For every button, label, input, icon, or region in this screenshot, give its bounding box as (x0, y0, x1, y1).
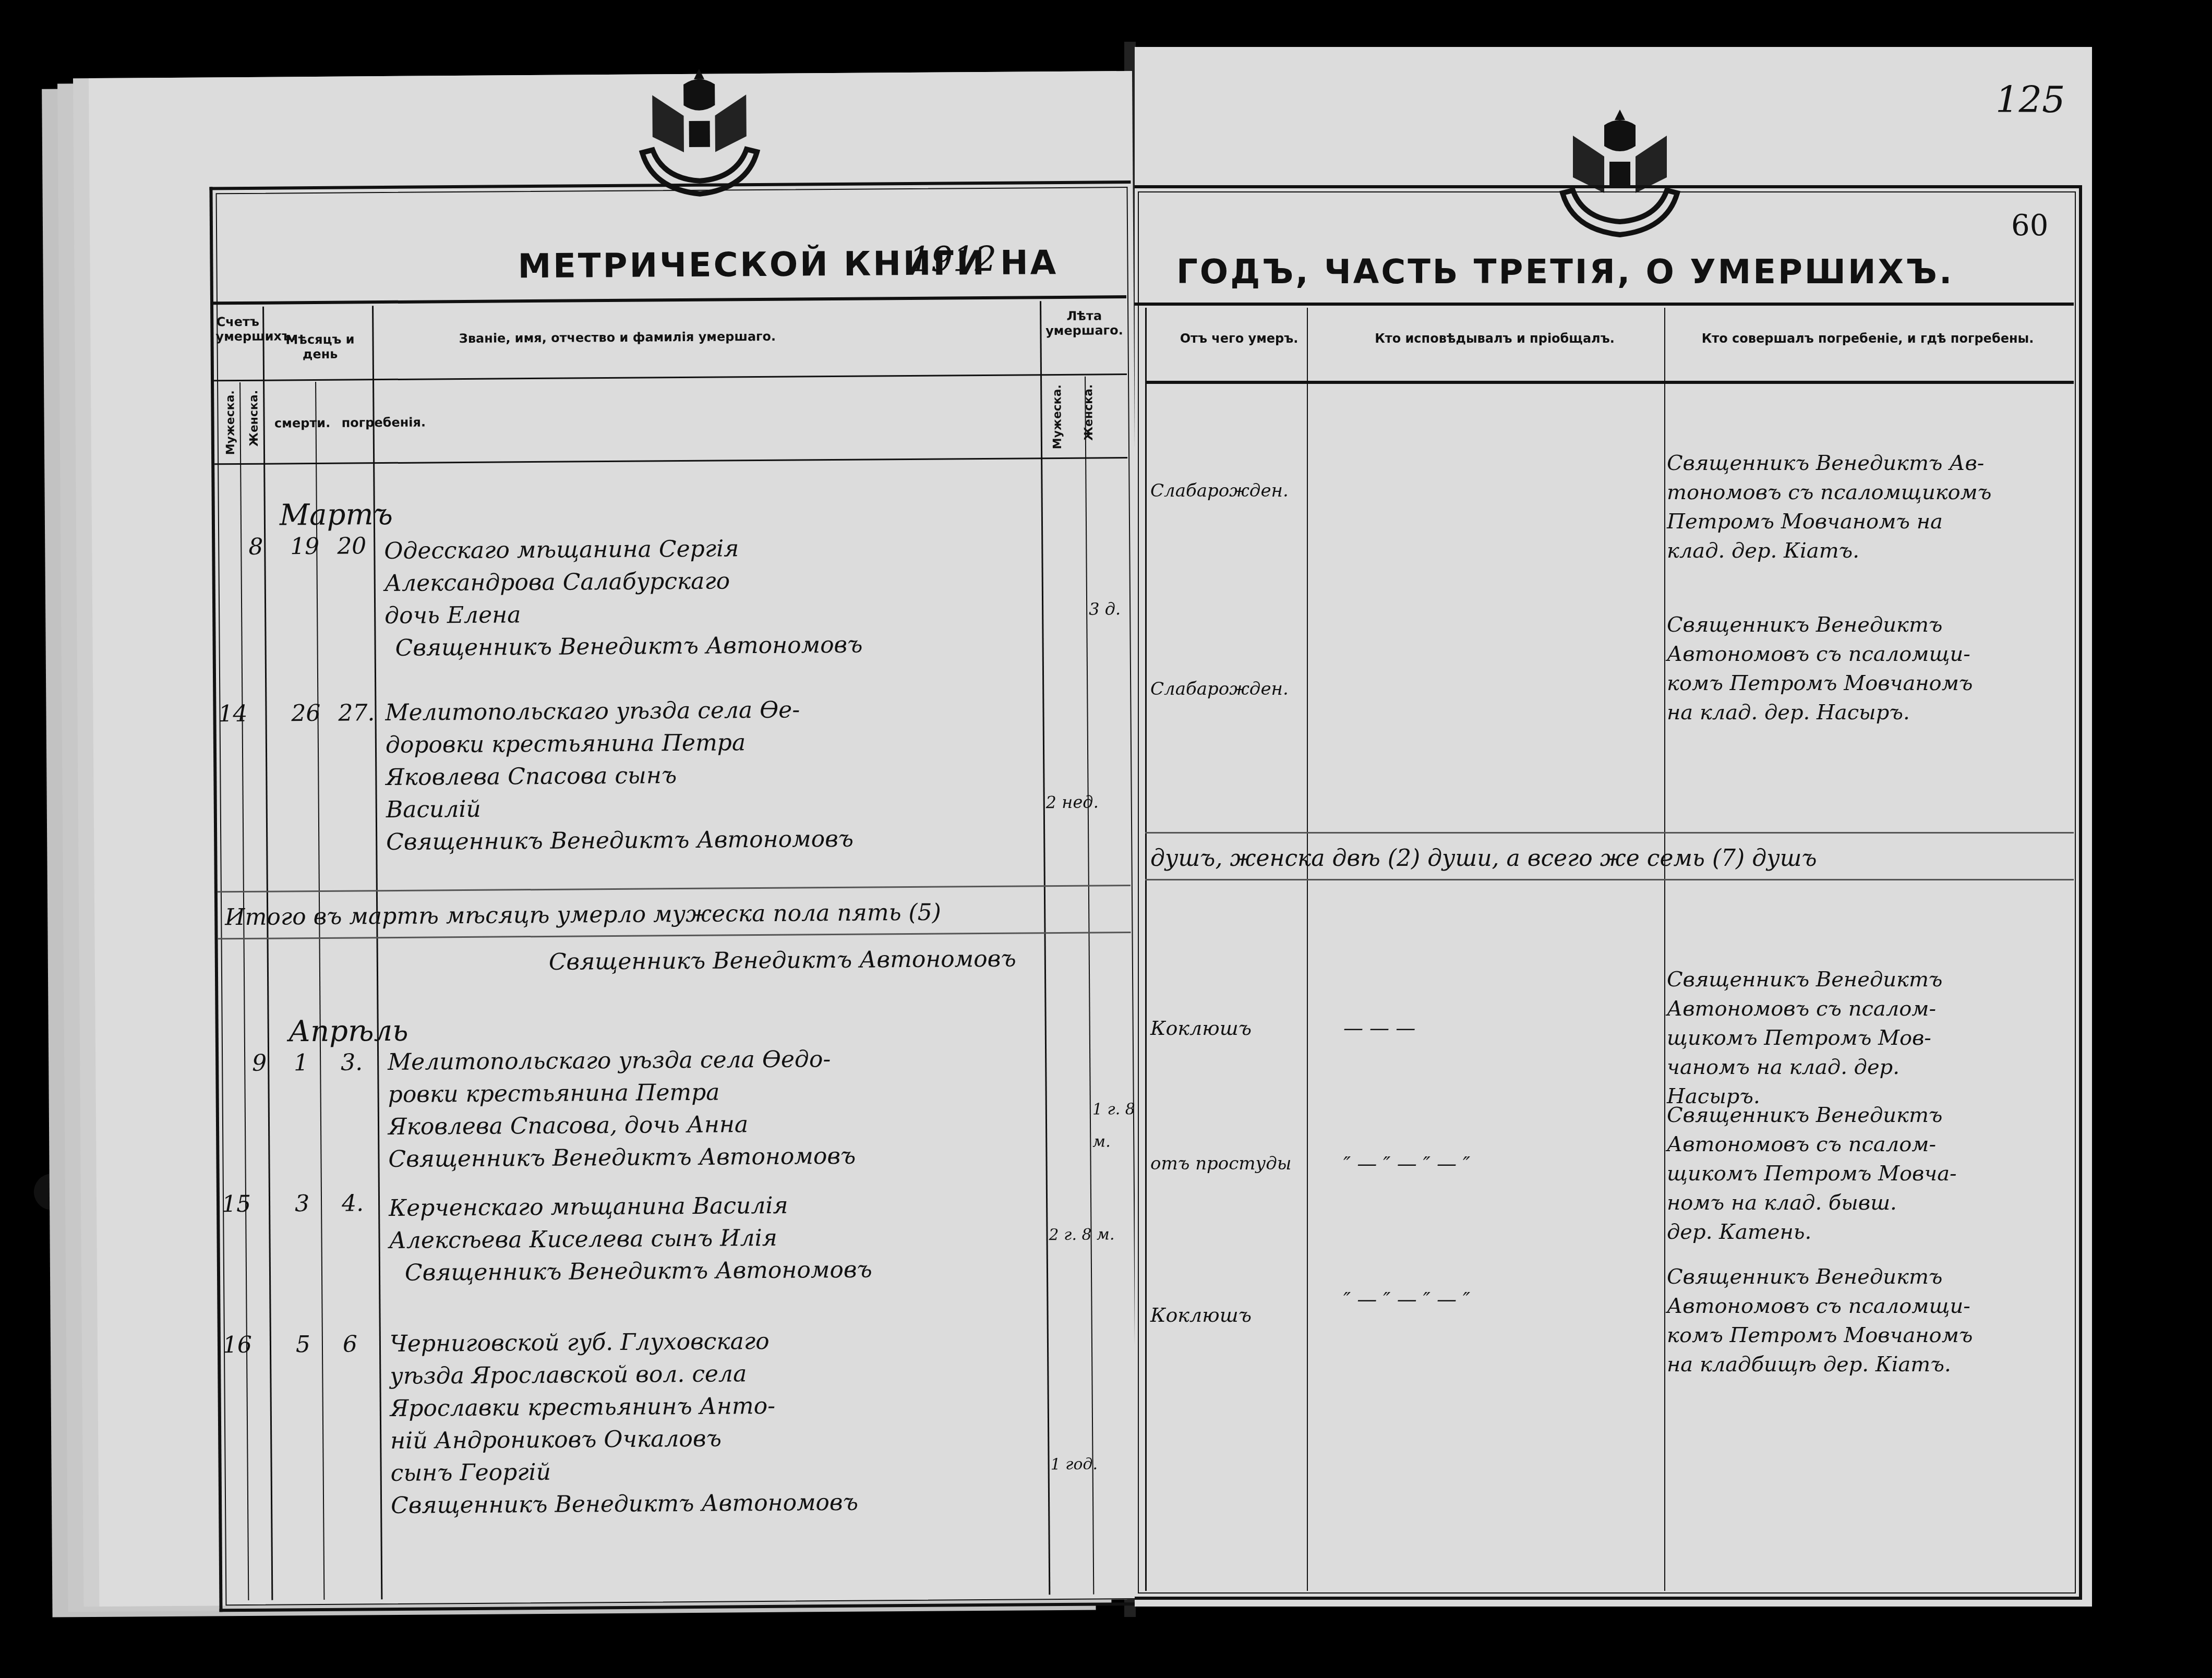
entry-5-death-day: 5 (296, 1329, 310, 1361)
entry-2-name: Мелитопольскаго уѣзда села Ѳе-доровки кр… (385, 692, 1038, 859)
vline (1307, 308, 1308, 1591)
entry-3-age: 1 г. 8 м. (1092, 1093, 1140, 1158)
col-count-deceased: Счетъ умершихъ. (215, 315, 260, 344)
entry-5-age: 1 год. (1050, 1448, 1098, 1481)
entry-4-death-day: 3 (295, 1188, 309, 1220)
header-bottom-rule (1145, 381, 2074, 384)
entry-4-burial-day: 4. (342, 1187, 364, 1220)
summary-right: душъ, женска двѣ (2) души, а всего же се… (1150, 842, 1817, 875)
entry-5-cause: Коклюшъ (1150, 1299, 1252, 1331)
entry-1-cause: Слабарожден. (1150, 475, 1289, 507)
entry-3-death-day: 1 (294, 1047, 308, 1079)
col-cause: Отъ чего умеръ. (1166, 331, 1312, 346)
summary-rule-top (1145, 832, 2074, 834)
year-handwritten: 1912 (909, 239, 997, 280)
summary-left: Итого въ мартѣ мѣсяцѣ умерло мужеска пол… (225, 895, 1127, 934)
entry-1-death-day: 19 (290, 530, 319, 563)
entry-2-burial-day: 27. (338, 697, 375, 729)
entry-2-cause: Слабарожден. (1150, 673, 1289, 705)
entry-3-month: Апрѣль (288, 1015, 408, 1048)
entry-1-burial-by: Священникъ Венедиктъ Ав-тономовъ съ псал… (1667, 449, 2074, 565)
col-age: Лѣта умершаго. (1045, 308, 1123, 338)
col-month-day: Мѣсяцъ и день (268, 332, 372, 361)
entry-2-burial-by: Священникъ ВенедиктъАвтономовъ съ псалом… (1667, 610, 2074, 727)
entry-1-name: Одесскаго мѣщанина СергіяАлександрова Са… (384, 530, 1037, 665)
col-age-female: Женска. (1082, 384, 1096, 441)
entry-5-num-male: 16 (223, 1329, 252, 1361)
entry-1-age: 3 д. (1089, 593, 1121, 625)
entry-4-burial-by: Священникъ ВенедиктъАвтономовъ съ псалом… (1667, 1101, 2074, 1247)
col-count-male: Мужеска. (224, 390, 237, 455)
entry-3-name: Мелитопольскаго уѣзда села Ѳедо-ровки кр… (388, 1042, 1041, 1176)
entry-1-num-female: 8 (248, 531, 263, 563)
entry-3-confessor: — — — (1343, 1012, 1415, 1044)
entry-4-confessor: ″ — ″ — ″ — ″ (1343, 1148, 1470, 1180)
entry-5-confessor: ″ — ″ — ″ — ″ (1343, 1283, 1470, 1315)
entry-3-cause: Коклюшъ (1150, 1012, 1252, 1044)
right-page: 125 60 годъ, часть третія, о умершихъ. О… (1135, 47, 2092, 1607)
entry-4-name: Керченскаго мѣщанина ВасиліяАлексѣева Ки… (389, 1188, 1041, 1289)
entry-5-burial-by: Священникъ ВенедиктъАвтономовъ съ псалом… (1667, 1262, 2074, 1379)
imperial-eagle-crest-icon (621, 63, 778, 200)
entry-2-num-male: 14 (218, 698, 247, 730)
entry-5-name: Черниговской губ. Глуховскагоуѣзда Яросл… (390, 1323, 1043, 1522)
printed-page-number: 60 (2011, 209, 2048, 243)
entry-2-death-day: 26 (291, 697, 320, 730)
vline (1664, 308, 1665, 1591)
col-burial-by: Кто совершалъ погребеніе, и гдѣ погребен… (1672, 331, 2063, 346)
col-confessor: Кто исповѣдывалъ и пріобщалъ. (1333, 331, 1656, 346)
entry-3-num-female: 9 (252, 1047, 267, 1080)
col-burial: погребенія. (342, 415, 410, 430)
vline (1145, 308, 1147, 1591)
entry-2-age: 2 нед. (1046, 786, 1099, 819)
entry-4-cause: отъ простуды (1150, 1148, 1292, 1180)
left-page: Метрической книги на 1912 Счетъ умершихъ… (89, 71, 1143, 1607)
header-rule (1135, 303, 2074, 306)
archive-folio-number: 125 (1995, 78, 2065, 121)
entry-3-burial-by: Священникъ ВенедиктъАвтономовъ съ псалом… (1667, 965, 2074, 1111)
col-age-male: Мужеска. (1051, 384, 1064, 449)
entry-1-burial-day: 20 (337, 530, 366, 562)
col-count-female: Женска. (247, 390, 261, 446)
entry-3-burial-day: 3. (341, 1046, 363, 1079)
right-table-frame (1135, 185, 2082, 1600)
entry-4-age: 2 г. 8 м. (1049, 1218, 1114, 1251)
summary-rule-bottom (1145, 879, 2074, 880)
entry-1-month: Мартъ (280, 499, 393, 532)
entry-5-burial-day: 6 (343, 1328, 357, 1360)
entry-4-num-male: 15 (222, 1188, 251, 1221)
title-right: годъ, часть третія, о умершихъ. (1176, 253, 1954, 292)
summary-signature: Священникъ Венедиктъ Автономовъ (549, 943, 1016, 979)
col-death: смерти. (269, 416, 336, 431)
